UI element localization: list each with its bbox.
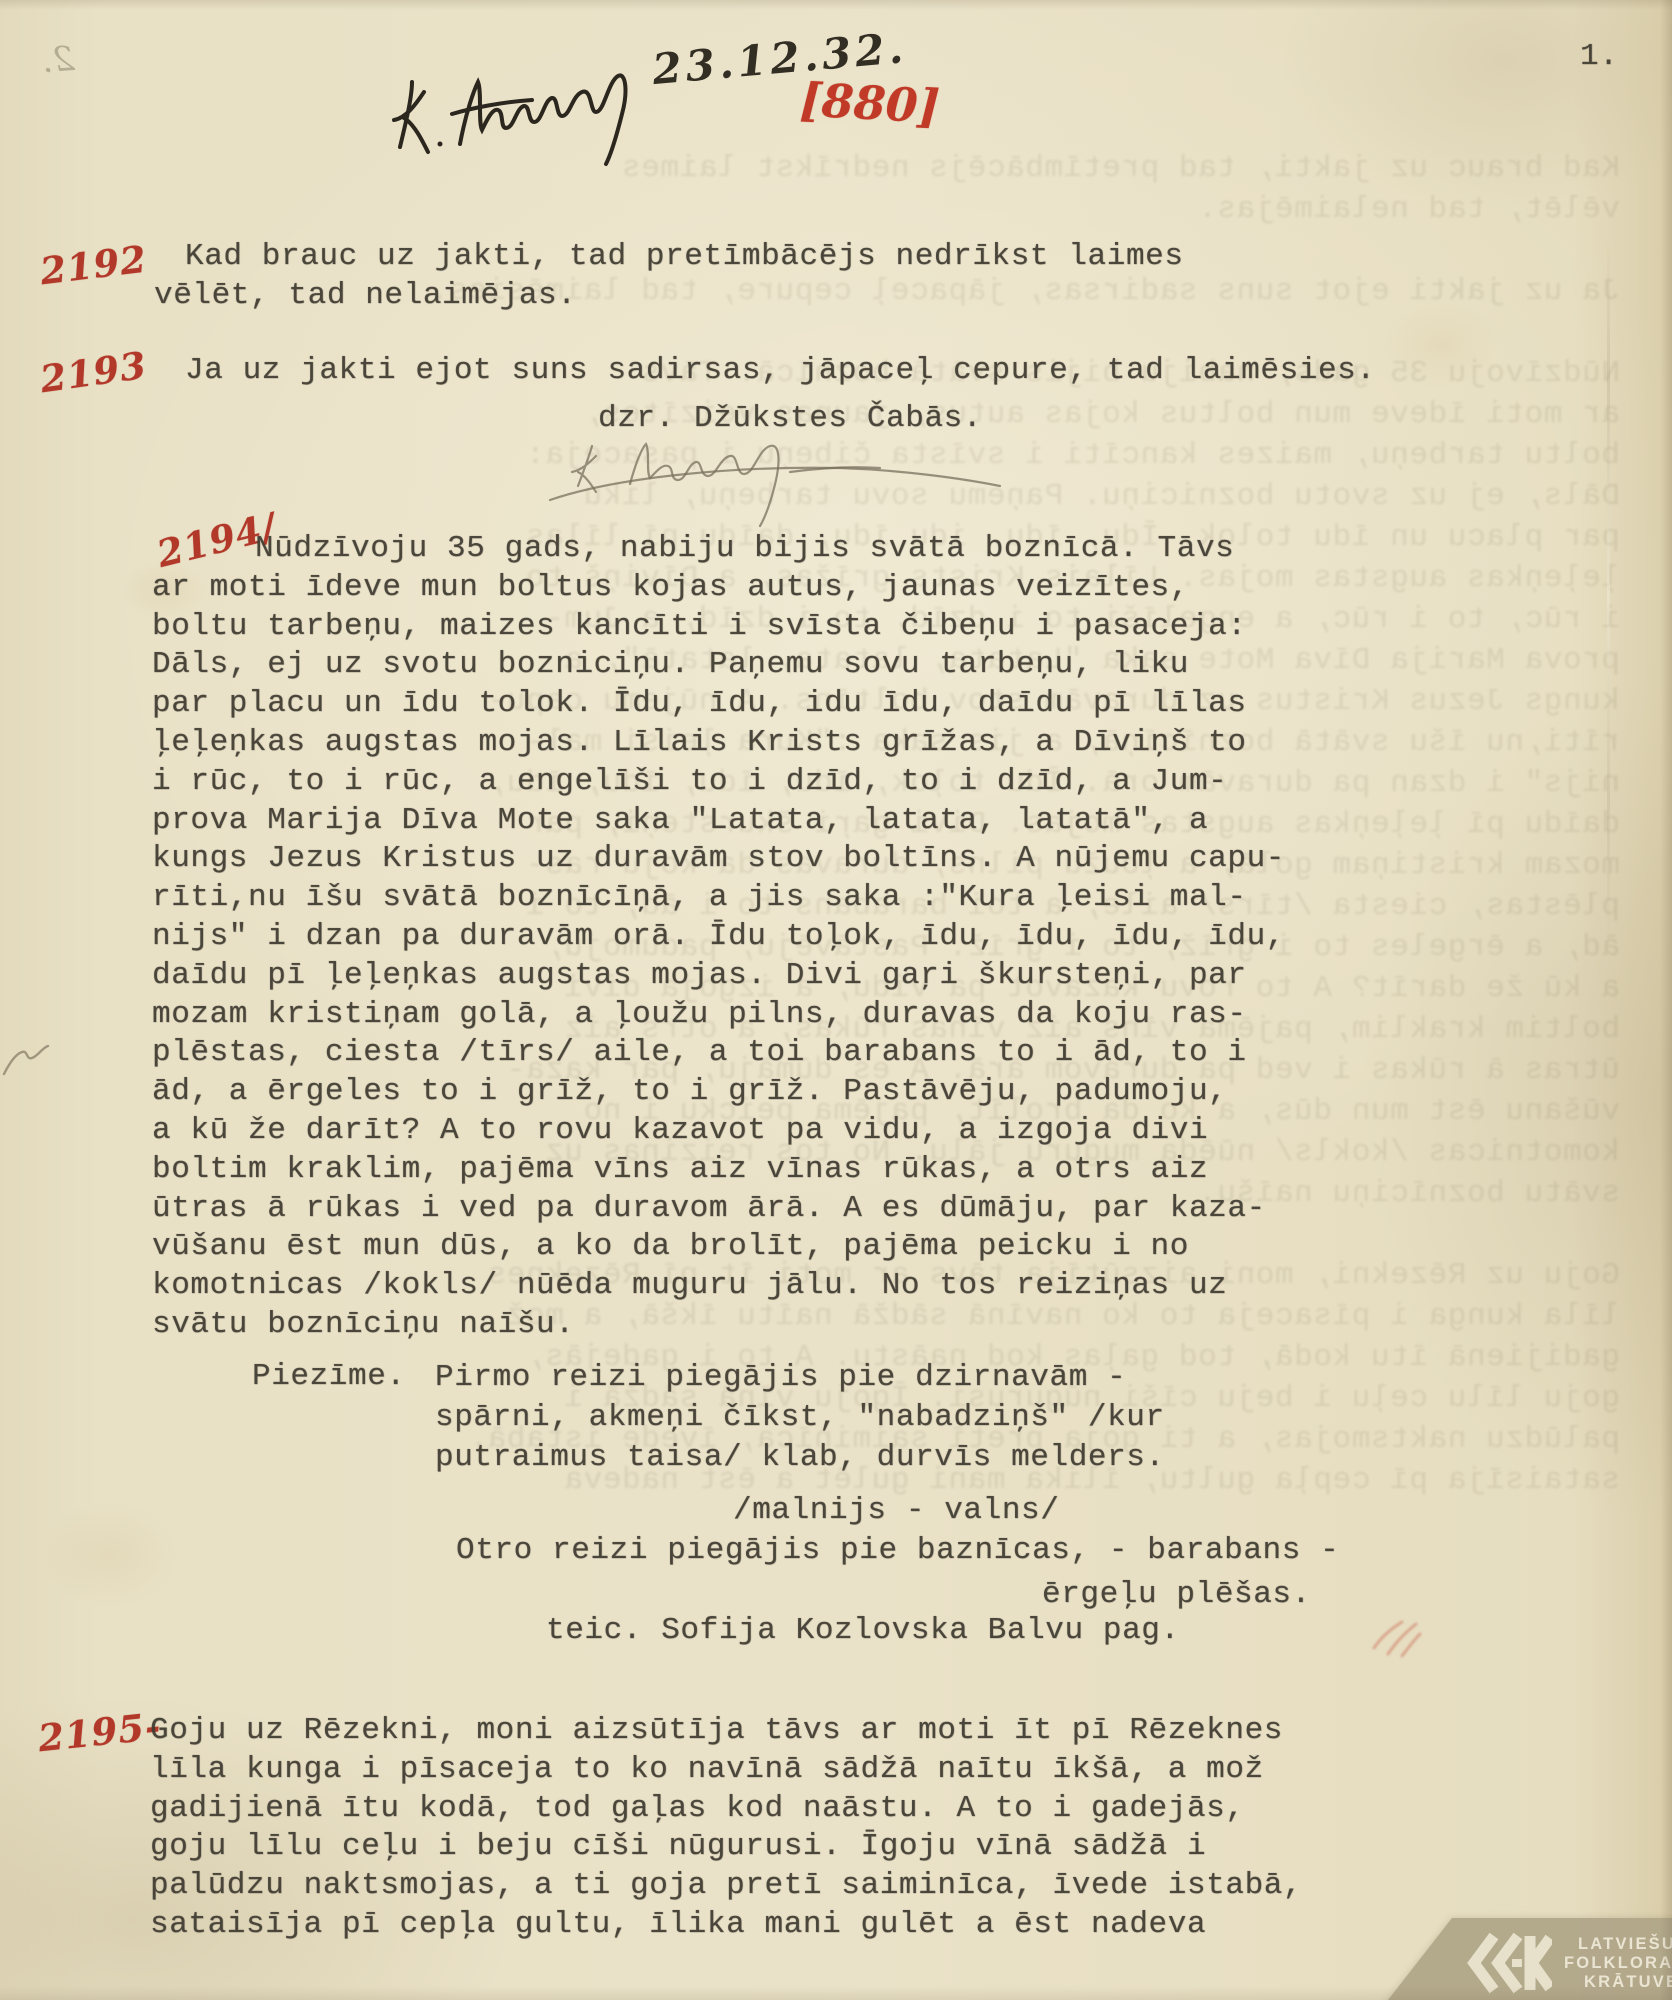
typed-line: putraimus taisa/ klab, durvīs melders. xyxy=(435,1438,1165,1478)
watermark-line: FOLKLORAS xyxy=(1564,1954,1672,1973)
typed-line: līla kunga i pīsaceja to ko navīnā sādžā… xyxy=(150,1751,1302,1790)
typed-line: boltu tarbeņu, maizes kancīti i svīsta č… xyxy=(152,608,1285,647)
note-second-line-1: Otro reizi piegājis pie baznīcas, - bara… xyxy=(456,1532,1339,1571)
note-text: Pirmo reizi piegājis pie dzirnavām -spār… xyxy=(435,1358,1165,1478)
typed-line: spārni, akmeņi čīkst, "nabadziņš" /kur xyxy=(435,1398,1165,1438)
archive-number-red: [880] xyxy=(799,72,941,133)
typed-line: Pirmo reizi piegājis pie dzirnavām - xyxy=(435,1358,1165,1398)
typed-line: ar moti īdeve mun boltus kojas autus, ja… xyxy=(152,569,1285,608)
teller-attribution: teic. Sofija Kozlovska Balvu pag. xyxy=(546,1612,1180,1651)
margin-pencil-mark xyxy=(0,1040,52,1084)
typed-line: svātu boznīciņu naīšu. xyxy=(152,1306,1285,1345)
typed-line: a kū že darīt? A to rovu kazavot pa vidu… xyxy=(152,1112,1285,1151)
typed-line: boltim kraklim, pajēma vīns aiz vīnas rū… xyxy=(152,1151,1285,1190)
typed-line: Goju uz Rēzekni, moni aizsūtīja tāvs ar … xyxy=(150,1712,1302,1751)
pencil-signature xyxy=(540,428,1080,528)
typed-line: nijs" i dzan pa duravām orā. Īdu toļok, … xyxy=(152,918,1285,957)
typed-line: par placu un īdu tolok. Īdu, īdu, idu īd… xyxy=(152,685,1285,724)
typed-line: Nūdzīvoju 35 gads, nabiju bijis svātā bo… xyxy=(152,530,1285,569)
verso-red-number-bleed xyxy=(1362,1598,1432,1668)
lfk-watermark-text: LATVIEŠU FOLKLORAS KRĀTUVE xyxy=(1564,1935,1672,1992)
typed-line: Ja uz jakti ejot suns sadirsas, jāpaceļ … xyxy=(154,352,1376,391)
item-2192-text: Kad brauc uz jakti, tad pretīmbācējs ned… xyxy=(154,238,1184,316)
typed-line: gadijienā ītu kodā, tod gaļas kod naāstu… xyxy=(150,1790,1302,1829)
collector-signature xyxy=(382,52,652,167)
lfk-watermark: LATVIEŠU FOLKLORAS KRĀTUVE xyxy=(1466,1928,1672,1998)
typed-line: goju līlu ceļu i beju cīši nūgurusi. Īgo… xyxy=(150,1828,1302,1867)
page-number: 1. xyxy=(1580,38,1618,77)
typed-line: prova Marija Dīva Mote saka "Latata, lat… xyxy=(152,802,1285,841)
item-2193-text: Ja uz jakti ejot suns sadirsas, jāpaceļ … xyxy=(154,352,1376,391)
note-second-line-2: ērgeļu plēšas. xyxy=(1042,1576,1311,1615)
typed-line: palūdzu naktsmojas, a ti goja pretī saim… xyxy=(150,1867,1302,1906)
manuscript-page: Kad brauc uz jakti, tad pretīmbācējs ned… xyxy=(0,0,1672,2000)
typed-line: Kad brauc uz jakti, tad pretīmbācējs ned… xyxy=(154,238,1184,277)
typed-line: kungs Jezus Kristus uz duravām stov bolt… xyxy=(152,840,1285,879)
typed-line: ļeļeņkas augstas mojas. Līlais Krists gr… xyxy=(152,724,1285,763)
note-label: Piezīme. xyxy=(252,1358,406,1397)
typed-line: ūtras ā rūkas i ved pa duravom ārā. A es… xyxy=(152,1190,1285,1229)
typed-line: daīdu pī ļeļeņkas augstas mojas. Divi ga… xyxy=(152,957,1285,996)
typed-line: i rūc, to i rūc, a engelīši to i dzīd, t… xyxy=(152,763,1285,802)
typed-line: rīti,nu īšu svātā boznīcīņā, a jis saka … xyxy=(152,879,1285,918)
note-gloss: /malnijs - valns/ xyxy=(733,1492,1059,1531)
item-2194-text: Nūdzīvoju 35 gads, nabiju bijis svātā bo… xyxy=(152,530,1285,1345)
typed-line: plēstas, ciesta /tīrs/ aile, a toi barab… xyxy=(152,1034,1285,1073)
margin-number-2195: 2195- xyxy=(36,1704,163,1761)
item-2195-text: Goju uz Rēzekni, moni aizsūtīja tāvs ar … xyxy=(150,1712,1302,1945)
watermark-line: LATVIEŠU xyxy=(1578,1935,1672,1954)
paper-stain xyxy=(40,1500,180,1610)
typed-line: mozam kristiņam golā, a ļoužu pilns, dur… xyxy=(152,996,1285,1035)
typed-line: sataisīja pī cepļa gultu, īlika mani gul… xyxy=(150,1906,1302,1945)
verso-page-number-bleed: 2. xyxy=(41,39,76,81)
typed-line: ād, a ērgeles to i grīž, to i grīž. Past… xyxy=(152,1073,1285,1112)
watermark-line: KRĀTUVE xyxy=(1584,1973,1672,1992)
lfk-logo-icon xyxy=(1466,1932,1552,1994)
typed-line: Dāls, ej uz svotu bozniciņu. Paņemu sovu… xyxy=(152,646,1285,685)
typed-line: vūšanu ēst mun dūs, a ko da brolīt, pajē… xyxy=(152,1228,1285,1267)
typed-line: komotnicas /kokls/ nūēda muguru jālu. No… xyxy=(152,1267,1285,1306)
typed-line: vēlēt, tad nelaimējas. xyxy=(154,277,1184,316)
